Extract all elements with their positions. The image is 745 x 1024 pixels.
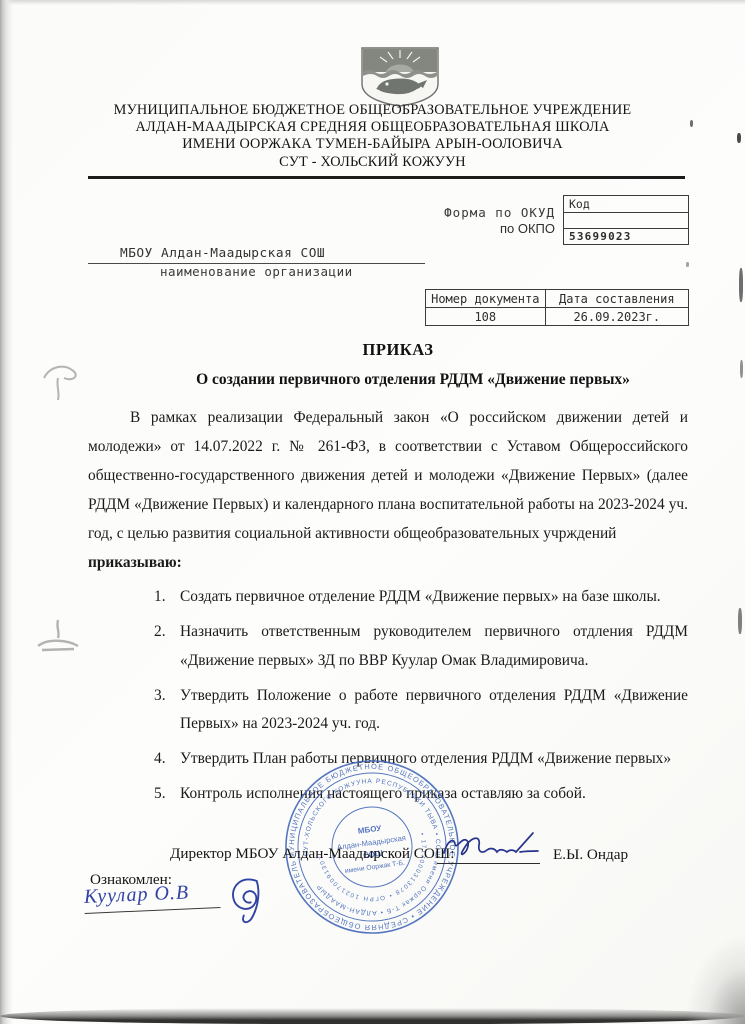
header-divider	[88, 176, 685, 179]
okud-value-cell	[564, 213, 689, 229]
director-signature	[438, 827, 550, 863]
scan-speck	[686, 262, 689, 267]
order-item-3: Утвердить Положение о работе первичного …	[180, 682, 688, 739]
director-name: Е.Ы. Ондар	[553, 846, 628, 864]
scan-edge-left	[0, 0, 13, 1024]
org-header-line4: СУТ - ХОЛЬСКИЙ КОЖУУН	[40, 154, 705, 171]
code-table: Код 53699023	[563, 195, 689, 245]
org-header: МУНИЦИПАЛЬНОЕ БЮДЖЕТНОЕ ОБЩЕОБРАЗОВАТЕЛЬ…	[40, 102, 705, 171]
org-name-line: МБОУ Алдан-Маадырская СОШ	[88, 244, 425, 264]
org-name-value: МБОУ Алдан-Маадырская СОШ	[120, 246, 325, 261]
okpo-label: по ОКПО	[380, 221, 555, 236]
scan-speck	[738, 608, 742, 634]
okpo-value-cell: 53699023	[564, 229, 689, 245]
scan-speck	[740, 360, 743, 378]
stamp-center-line1: МБОУ	[357, 823, 382, 835]
body-emphasis: приказываю:	[88, 548, 688, 577]
document-meta-table: Номер документа Дата составления 108 26.…	[425, 289, 689, 326]
doc-number-value: 108	[426, 308, 546, 326]
document-title: ПРИКАЗ	[88, 340, 708, 360]
doc-number-header: Номер документа	[426, 290, 546, 308]
staple-mark	[30, 616, 86, 656]
org-name-caption: наименование организации	[160, 264, 353, 279]
document-subject: О создании первичного отделения РДДМ «Дв…	[88, 371, 738, 389]
director-label: Директор МБОУ Алдан-Маадырской СОШ:	[170, 845, 454, 863]
acknowledged-signature	[221, 871, 276, 929]
scan-speck	[737, 133, 741, 143]
doc-date-header: Дата составления	[545, 290, 688, 308]
body-paragraph: В рамках реализации Федеральный закон «О…	[88, 403, 688, 548]
code-table-header: Код	[564, 196, 689, 213]
doc-date-value: 26.09.2023г.	[545, 308, 688, 326]
scan-speck	[739, 268, 743, 302]
org-header-line1: МУНИЦИПАЛЬНОЕ БЮДЖЕТНОЕ ОБЩЕОБРАЗОВАТЕЛЬ…	[40, 102, 705, 119]
scanned-document-page: МУНИЦИПАЛЬНОЕ БЮДЖЕТНОЕ ОБЩЕОБРАЗОВАТЕЛЬ…	[0, 0, 745, 1024]
order-item-2: Назначить ответственным руководителем пе…	[180, 618, 688, 675]
scan-edge-bottom	[0, 1008, 745, 1024]
staple-mark	[34, 362, 86, 406]
order-item-1: Создать первичное отделение РДДМ «Движен…	[180, 583, 688, 612]
scan-edge-top	[0, 0, 745, 5]
okud-label: Форма по ОКУД	[380, 205, 555, 220]
org-header-line2: АЛДАН-МААДЫРСКАЯ СРЕДНЯЯ ОБЩЕОБРАЗОВАТЕЛ…	[40, 119, 705, 136]
scan-shadow-bottom-right	[685, 934, 745, 1024]
acknowledged-name-handwritten: Куулар О.В	[83, 880, 220, 914]
org-header-line3: ИМЕНИ ООРЖАКА ТУМЕН-БАЙЫРА АРЫН-ООЛОВИЧА	[40, 136, 705, 153]
coat-of-arms-icon	[357, 46, 443, 108]
